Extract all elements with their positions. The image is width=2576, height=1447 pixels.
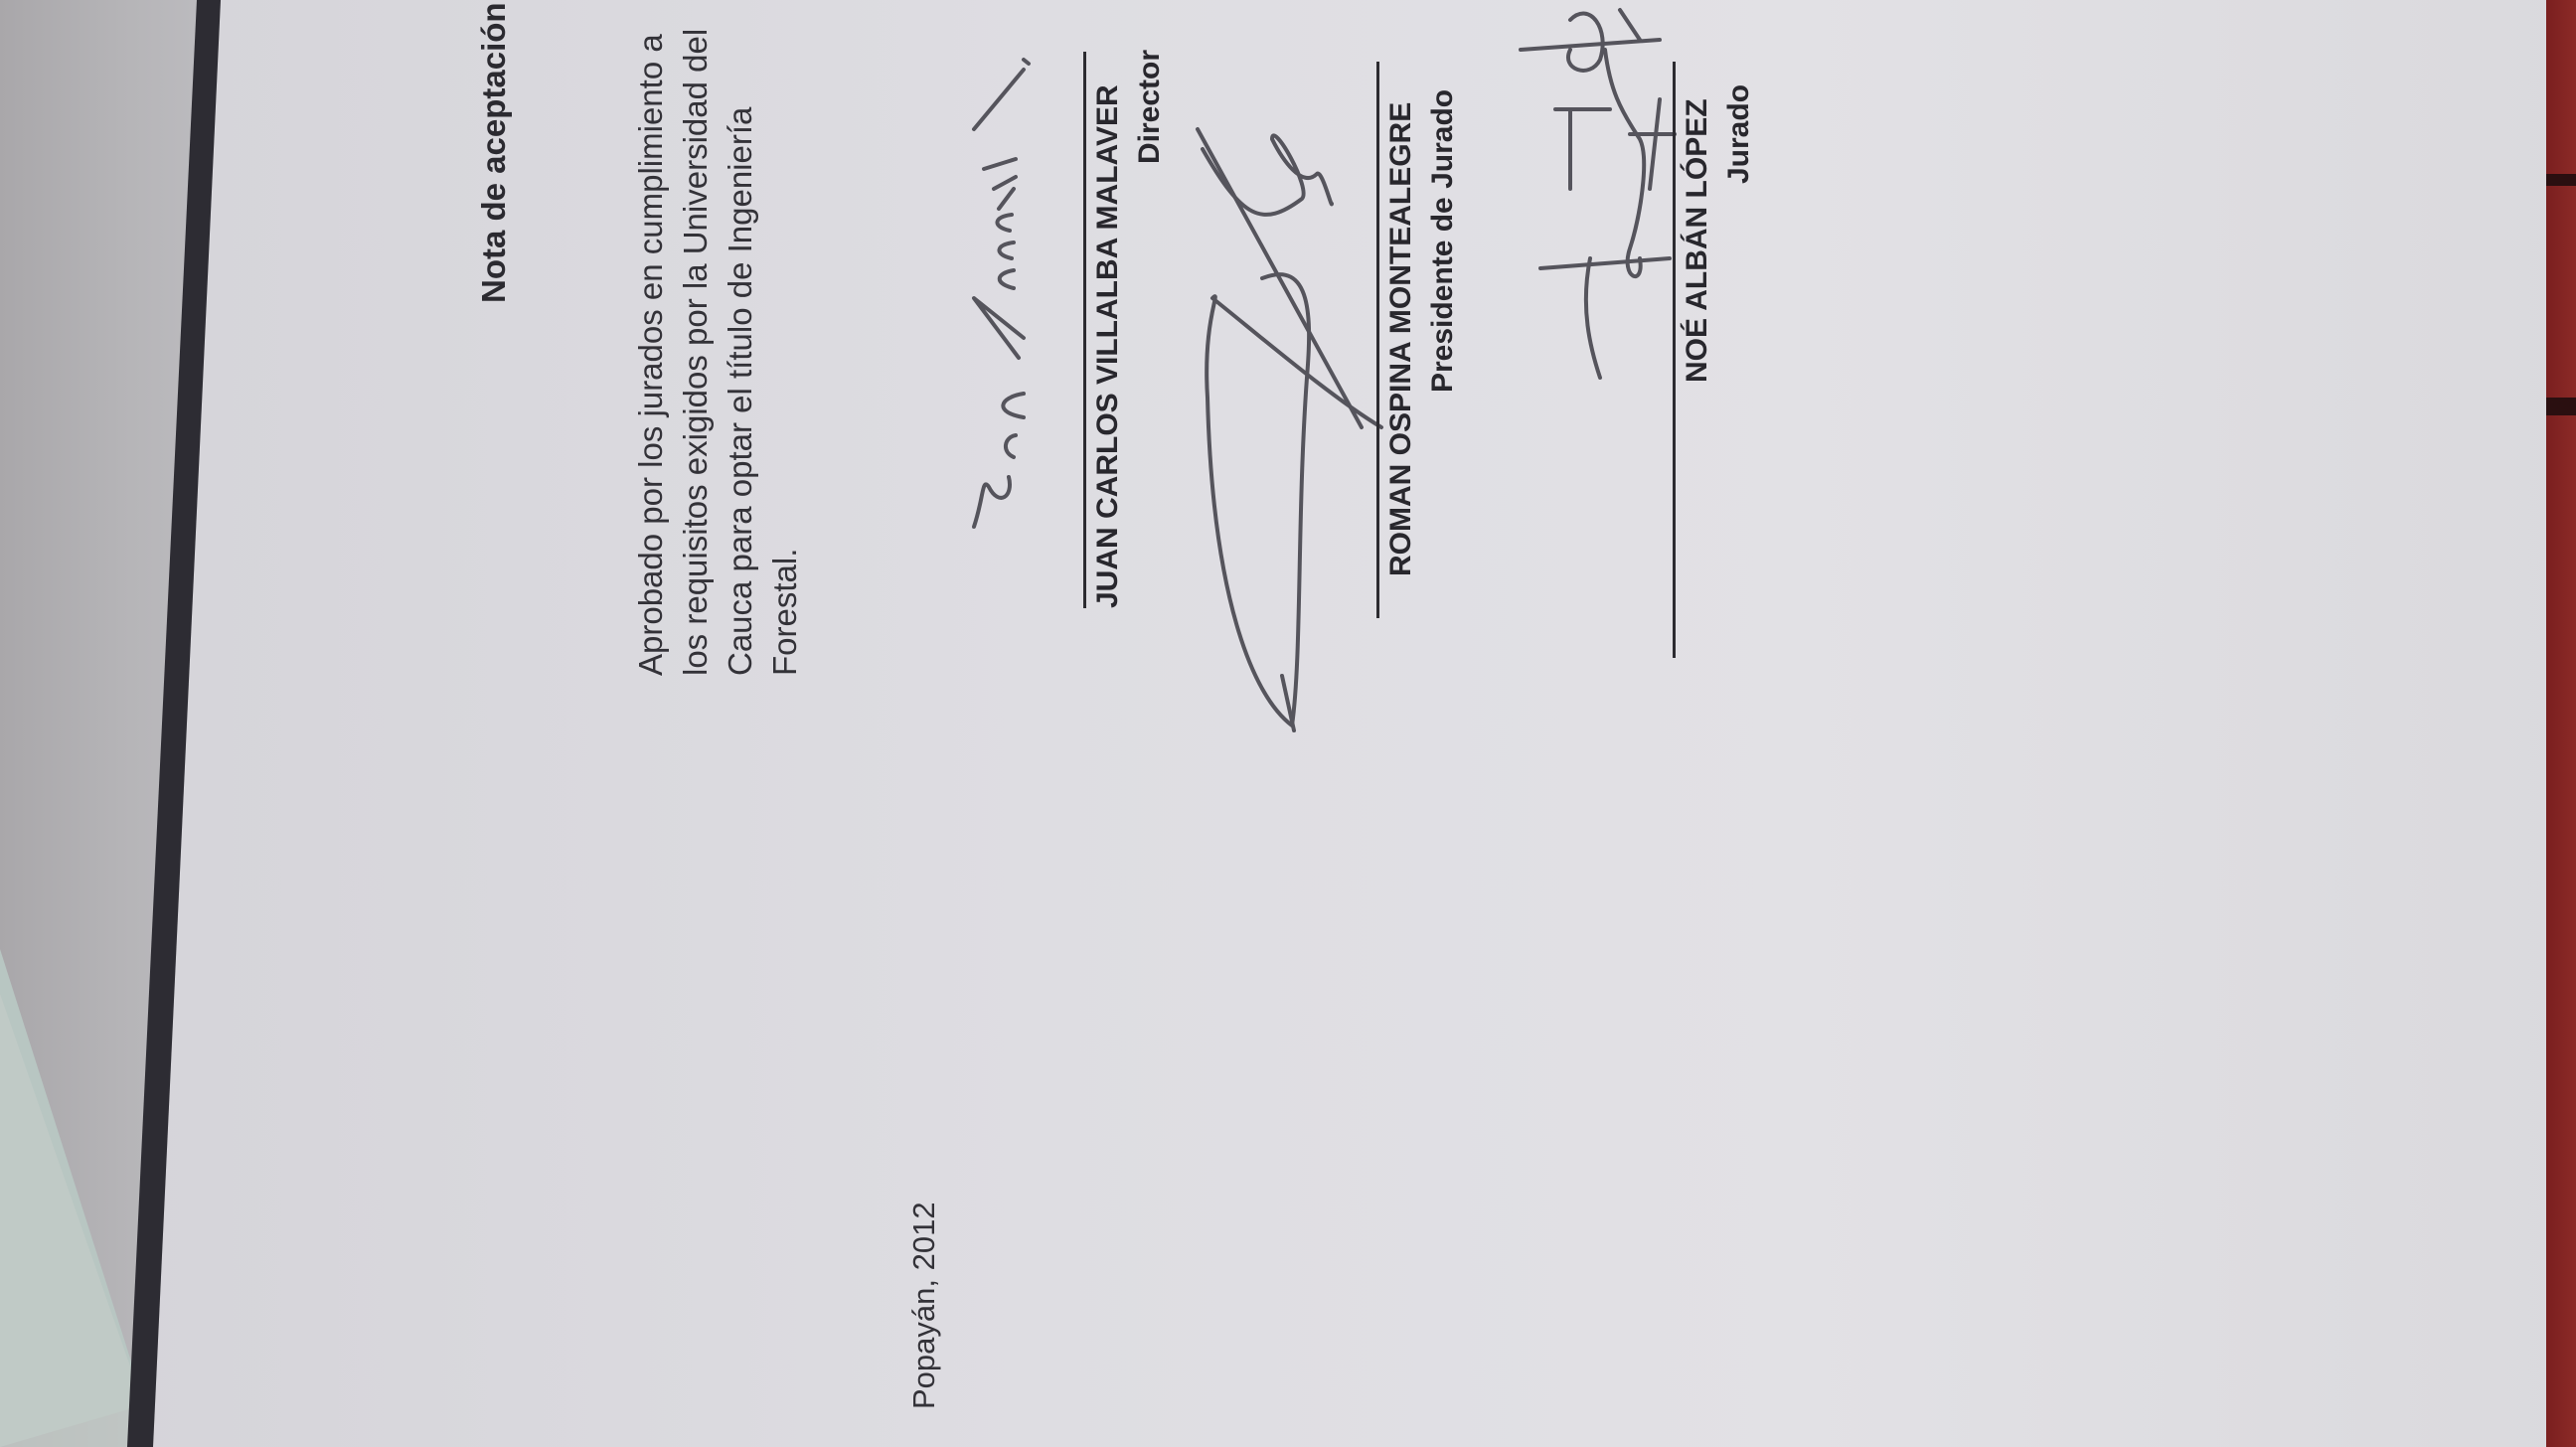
signatory-name: JUAN CARLOS VILLALBA MALAVER: [1091, 84, 1125, 608]
signature-line: [1376, 62, 1379, 618]
signatory-role: Presidente de Jurado: [1426, 89, 1460, 393]
signature-line: [1083, 52, 1086, 608]
body-line: Aprobado por los jurados en cumplimiento…: [628, 29, 673, 676]
signatory-name: ROMAN OSPINA MONTEALEGRE: [1384, 102, 1418, 576]
place-date: Popayán, 2012: [906, 1202, 942, 1409]
signature-president: [1183, 99, 1381, 745]
signatory-name: NOÉ ALBÁN LÓPEZ: [1681, 98, 1714, 383]
photo-scene: Nota de aceptación Aprobado por los jura…: [0, 0, 2576, 1447]
body-paragraph: Aprobado por los jurados en cumplimiento…: [628, 29, 807, 676]
body-line: Forestal.: [762, 29, 807, 676]
body-line: los requisitos exigidos por la Universid…: [673, 29, 718, 676]
book-edge: [2546, 0, 2576, 1447]
signatory-role: Jurado: [1722, 84, 1756, 184]
signature-jurado: [1511, 10, 1709, 407]
signatory-role: Director: [1133, 50, 1167, 164]
signature-director: [954, 60, 1103, 576]
document-title: Nota de aceptación: [475, 2, 513, 303]
body-line: Cauca para optar el título de Ingeniería: [718, 29, 762, 676]
signature-line: [1673, 62, 1676, 658]
